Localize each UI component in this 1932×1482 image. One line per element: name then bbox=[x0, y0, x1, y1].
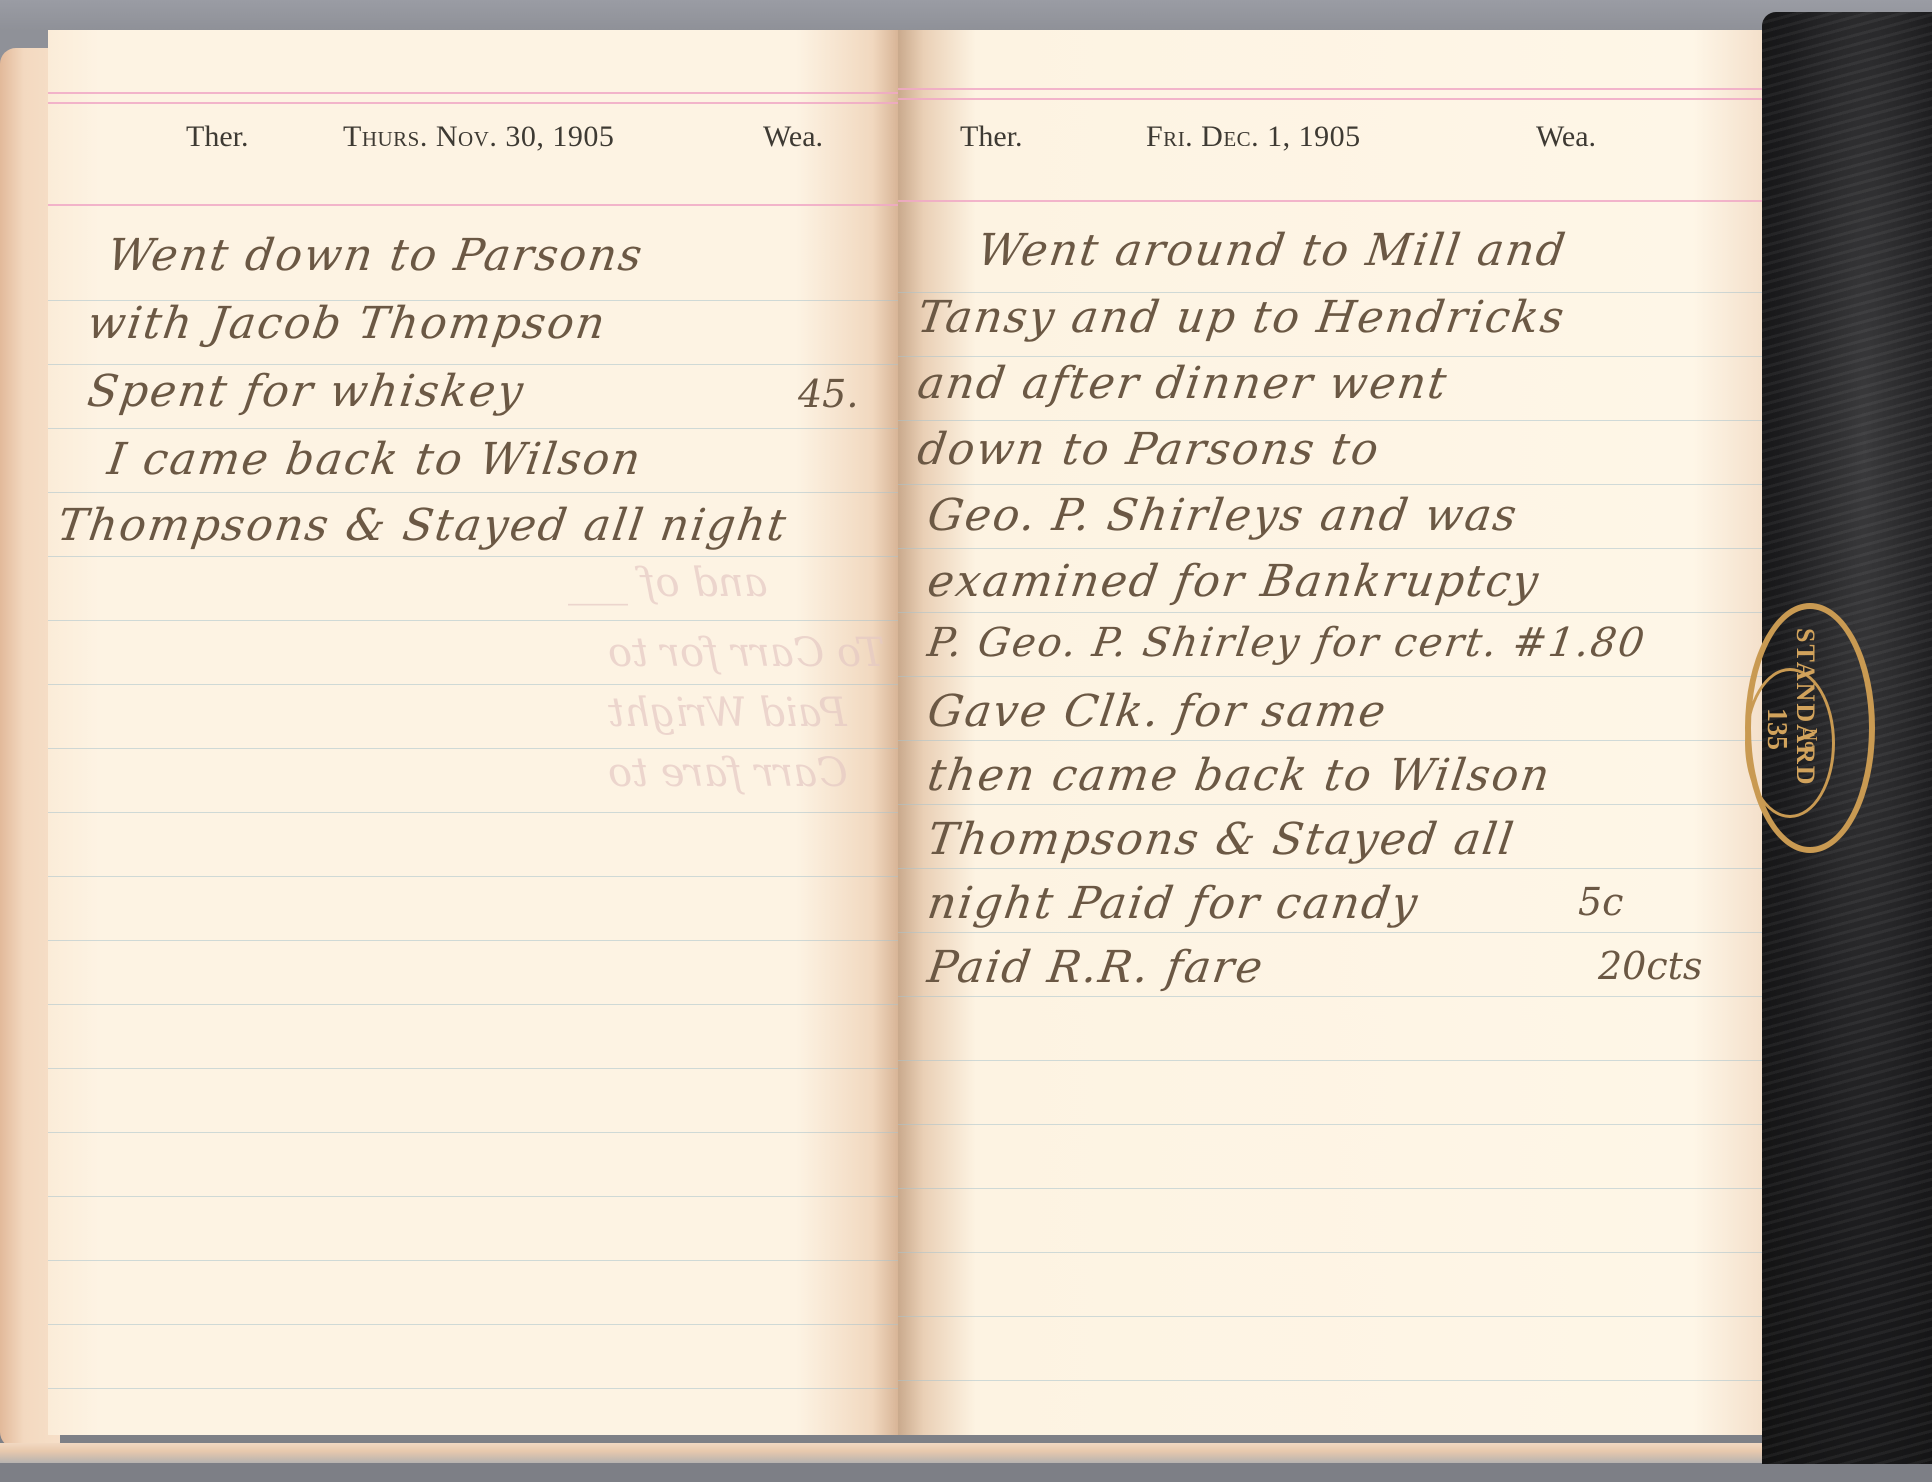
pink-rule bbox=[898, 200, 1762, 202]
blue-rule bbox=[898, 996, 1762, 997]
blue-rule bbox=[48, 940, 898, 941]
blue-rule bbox=[898, 740, 1762, 741]
bleed-through-text: Paid Wright bbox=[608, 690, 847, 736]
right-page: Ther. Fri. Dec. 1, 1905 Wea. Went around… bbox=[898, 30, 1762, 1435]
entry-line: Geo. P. Shirleys and was bbox=[924, 490, 1521, 541]
blue-rule bbox=[898, 420, 1762, 421]
entry-line: examined for Bankruptcy bbox=[924, 556, 1543, 607]
pink-rule bbox=[48, 102, 898, 104]
blue-rule bbox=[48, 684, 898, 685]
pink-rule bbox=[48, 204, 898, 206]
page-date: Thurs. Nov. 30, 1905 bbox=[343, 120, 614, 154]
entry-line: Spent for whiskey bbox=[84, 366, 528, 417]
entry-line: Gave Clk. for same bbox=[924, 686, 1390, 737]
right-page-header: Ther. Fri. Dec. 1, 1905 Wea. bbox=[898, 120, 1762, 170]
blue-rule bbox=[48, 1388, 898, 1389]
entry-line: P. Geo. P. Shirley for cert. #1.80 bbox=[925, 620, 1649, 666]
blue-rule bbox=[48, 556, 898, 557]
entry-line: then came back to Wilson bbox=[924, 750, 1554, 801]
bleed-through-text: and of ___ bbox=[568, 560, 768, 606]
entry-amount: 5c bbox=[1578, 880, 1623, 924]
entry-amount: 20cts bbox=[1598, 944, 1702, 988]
pink-rule bbox=[898, 98, 1762, 100]
blue-rule bbox=[48, 748, 898, 749]
blue-rule bbox=[898, 868, 1762, 869]
entry-line: Paid R.R. fare bbox=[924, 942, 1267, 993]
bleed-through-text: To Carr for to bbox=[608, 630, 885, 676]
pink-rule bbox=[48, 92, 898, 94]
blue-rule bbox=[48, 876, 898, 877]
blue-rule bbox=[898, 1252, 1762, 1253]
blue-rule bbox=[898, 676, 1762, 677]
wea-label: Wea. bbox=[763, 120, 823, 154]
blue-rule bbox=[898, 484, 1762, 485]
blue-rule bbox=[898, 1188, 1762, 1189]
entry-amount: 45. bbox=[798, 372, 858, 416]
blue-rule bbox=[48, 492, 898, 493]
stamp-text: STANDARD bbox=[1790, 628, 1820, 787]
entry-line: down to Parsons to bbox=[914, 424, 1383, 475]
blue-rule bbox=[898, 804, 1762, 805]
entry-line: with Jacob Thompson bbox=[84, 298, 610, 349]
page-date: Fri. Dec. 1, 1905 bbox=[1146, 120, 1361, 154]
left-page: Ther. Thurs. Nov. 30, 1905 Wea. and of _… bbox=[48, 30, 898, 1435]
blue-rule bbox=[48, 1260, 898, 1261]
blue-rule bbox=[48, 1068, 898, 1069]
left-page-header: Ther. Thurs. Nov. 30, 1905 Wea. bbox=[48, 120, 898, 170]
pink-rule bbox=[898, 88, 1762, 90]
diary-book: Ther. Thurs. Nov. 30, 1905 Wea. and of _… bbox=[0, 18, 1932, 1458]
blue-rule bbox=[48, 620, 898, 621]
blue-rule bbox=[898, 1124, 1762, 1125]
blue-rule bbox=[48, 428, 898, 429]
blue-rule bbox=[898, 1380, 1762, 1381]
blue-rule bbox=[898, 932, 1762, 933]
entry-line: Tansy and up to Hendricks bbox=[914, 292, 1568, 343]
ther-label: Ther. bbox=[960, 120, 1022, 154]
stamp-number: 135 bbox=[1760, 708, 1792, 750]
blue-rule bbox=[898, 1316, 1762, 1317]
ther-label: Ther. bbox=[186, 120, 248, 154]
entry-line: Went around to Mill and bbox=[974, 225, 1570, 276]
blue-rule bbox=[898, 1060, 1762, 1061]
entry-line: I came back to Wilson bbox=[104, 434, 645, 485]
blue-rule bbox=[898, 612, 1762, 613]
blue-rule bbox=[48, 364, 898, 365]
bleed-through-text: Carr fare to bbox=[608, 750, 848, 796]
entry-line: Went down to Parsons bbox=[104, 230, 647, 281]
entry-line: Thompsons & Stayed all night bbox=[54, 500, 790, 551]
blue-rule bbox=[898, 548, 1762, 549]
blue-rule bbox=[48, 1132, 898, 1133]
entry-line: Thompsons & Stayed all bbox=[924, 814, 1518, 865]
blue-rule bbox=[48, 812, 898, 813]
wea-label: Wea. bbox=[1536, 120, 1596, 154]
blue-rule bbox=[48, 1004, 898, 1005]
page-bottom-edge bbox=[0, 1443, 1780, 1463]
blue-rule bbox=[48, 1196, 898, 1197]
blue-rule bbox=[898, 356, 1762, 357]
entry-line: and after dinner went bbox=[914, 358, 1451, 409]
stamp-no: No. bbox=[1800, 728, 1821, 755]
entry-line: night Paid for candy bbox=[924, 878, 1422, 929]
blue-rule bbox=[48, 1324, 898, 1325]
